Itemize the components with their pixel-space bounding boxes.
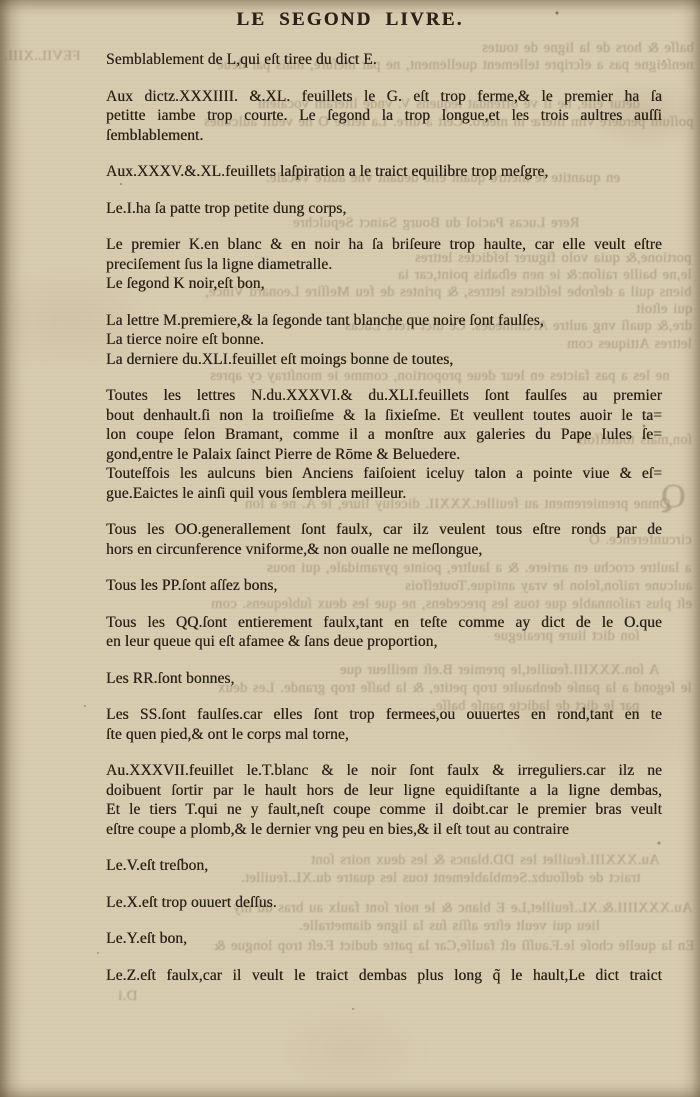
paragraph: Les RR.ſont bonnes,	[106, 669, 662, 689]
text-line: doibuent ſortir par le hault hors de leu…	[106, 781, 662, 801]
text-line: Aux.XXXV.&.XL.feuillets laſpiration a le…	[106, 162, 662, 182]
body-text: Semblablement de L,qui eſt tiree du dict…	[106, 50, 662, 1002]
paragraph: Le premier K.en blanc & en noir ha ſa br…	[106, 235, 662, 294]
text-line: hors en circunference vniforme,& non oua…	[106, 540, 662, 560]
paragraph: Toutes les lettres N.du.XXXVI.& du.XLI.f…	[106, 386, 662, 503]
text-line: en leur queue qui eſt afamee & ſans deue…	[106, 632, 662, 652]
text-line: Semblablement de L,qui eſt tiree du dict…	[106, 50, 662, 70]
text-line: Le ſegond K noir,eſt bon,	[106, 274, 662, 294]
text-line: preciſement ſus la ligne diametralle.	[106, 255, 662, 275]
text-line: La lettre M.premiere,& la ſegonde tant b…	[106, 311, 662, 331]
text-line: eſtre coupe a plomb,& le dernier vng peu…	[106, 820, 662, 840]
paragraph: Les SS.ſont faulſes.car elles ſont trop …	[106, 705, 662, 744]
text-line: Touteſfois les aulcuns bien Anciens faiſ…	[106, 464, 662, 484]
text-line: Le.Z.eſt faulx,car il veult le traict de…	[106, 966, 662, 986]
text-line: gue.Eaictes le ainſi quil vous ſemblera …	[106, 484, 662, 504]
text-line: Toutes les lettres N.du.XXXVI.& du.XLI.f…	[106, 386, 662, 406]
text-line: Tous les QQ.ſont entierement faulx,tant …	[106, 613, 662, 633]
text-line: Le premier K.en blanc & en noir ha ſa br…	[106, 235, 662, 255]
text-line: Le.X.eſt trop ouuert deſſus.	[106, 893, 662, 913]
text-line: ſte quen pied,& ont le corps mal torne,	[106, 725, 662, 745]
text-line: Le.I.ha ſa patte trop petite dung corps,	[106, 199, 662, 219]
scanned-page: FEVIL.XIII.baſſe & hors de la ligne de t…	[0, 0, 700, 1097]
paragraph: Aux dictz.XXXIIII. &.XL. feuillets le G.…	[106, 87, 662, 146]
bleedthrough-text: FEVIL.XIII.	[4, 48, 81, 65]
paragraph: Le.V.eſt treſbon,	[106, 856, 662, 876]
paragraph: Le.X.eſt trop ouuert deſſus.	[106, 893, 662, 913]
text-line: Tous les PP.ſont aſſez bons,	[106, 576, 662, 596]
text-line: petitte iambe trop courte. Le ſegond la …	[106, 106, 662, 126]
paragraph: Aux.XXXV.&.XL.feuillets laſpiration a le…	[106, 162, 662, 182]
text-line: bout denhault.ſi non la troiſieſme & la …	[106, 406, 662, 426]
text-line: Les SS.ſont faulſes.car elles ſont trop …	[106, 705, 662, 725]
text-line: La derniere du.XLI.feuillet eſt moings b…	[106, 350, 662, 370]
text-line: lon coupe ſelon Bramant, comme il a monſ…	[106, 425, 662, 445]
text-line: ſemblablement.	[106, 126, 662, 146]
text-line: Les RR.ſont bonnes,	[106, 669, 662, 689]
page-title: LE SEGOND LIVRE.	[0, 9, 700, 31]
text-line: Tous les OO.generallement ſont faulx, ca…	[106, 520, 662, 540]
text-line: Et le tiers T.qui ne y fault,neſt coupe …	[106, 800, 662, 820]
text-line: Au.XXXVII.feuillet le.T.blanc & le noir …	[106, 761, 662, 781]
paragraph: Tous les QQ.ſont entierement faulx,tant …	[106, 613, 662, 652]
paragraph: Le.Y.eſt bon,	[106, 929, 662, 949]
paragraph: La lettre M.premiere,& la ſegonde tant b…	[106, 311, 662, 370]
text-line: Aux dictz.XXXIIII. &.XL. feuillets le G.…	[106, 87, 662, 107]
paragraph: Au.XXXVII.feuillet le.T.blanc & le noir …	[106, 761, 662, 839]
paragraph: Le.I.ha ſa patte trop petite dung corps,	[106, 199, 662, 219]
paragraph: Tous les OO.generallement ſont faulx, ca…	[106, 520, 662, 559]
paragraph: Tous les PP.ſont aſſez bons,	[106, 576, 662, 596]
text-line: gond,entre le Palaix ſainct Pierre de Rō…	[106, 445, 662, 465]
text-line: Le.Y.eſt bon,	[106, 929, 662, 949]
paragraph: Le.Z.eſt faulx,car il veult le traict de…	[106, 966, 662, 986]
text-line: La tierce noire eſt bonne.	[106, 330, 662, 350]
paragraph: Semblablement de L,qui eſt tiree du dict…	[106, 50, 662, 70]
text-line: Le.V.eſt treſbon,	[106, 856, 662, 876]
